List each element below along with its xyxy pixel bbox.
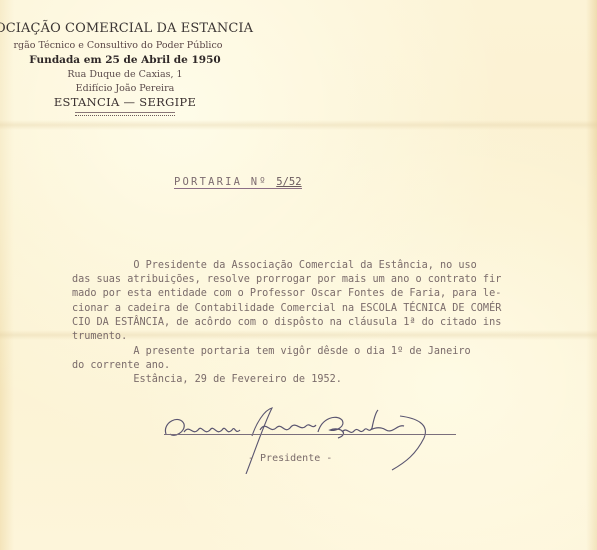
organization-name: SOCIAÇÃO COMERCIAL DA ESTANCIA bbox=[0, 22, 250, 35]
text-line: CIO DA ESTÂNCIA, de acôrdo com o dispôst… bbox=[72, 316, 501, 330]
portaria-number: 5/52 bbox=[276, 176, 301, 188]
letterhead: SOCIAÇÃO COMERCIAL DA ESTANCIA rgão Técn… bbox=[0, 22, 250, 116]
letterhead-divider bbox=[75, 112, 175, 116]
text-line: mado por esta entidade com o Professor O… bbox=[72, 287, 501, 301]
founding-date: Fundada em 25 de Abril de 1950 bbox=[0, 55, 250, 66]
document-title: PORTARIA Nº 5/52 bbox=[174, 176, 302, 189]
text-line: trumento. bbox=[72, 330, 127, 344]
text-line: A presente portaria tem vigôr dêsde o di… bbox=[72, 345, 471, 359]
text-line: O Presidente da Associação Comercial da … bbox=[72, 259, 477, 273]
street-address: Rua Duque de Caxias, 1 bbox=[0, 70, 250, 80]
title-label: PORTARIA Nº bbox=[174, 176, 268, 188]
place-date: Estância, 29 de Fevereiro de 1952. bbox=[72, 373, 342, 387]
text-line: cionar a cadeira de Contabilidade Comerc… bbox=[72, 302, 501, 316]
building-name: Edifício João Pereira bbox=[0, 84, 250, 94]
text-line: do corrente ano. bbox=[72, 359, 170, 373]
signature-line bbox=[164, 434, 456, 435]
text-line: das suas atribuições, resolve prorrogar … bbox=[72, 273, 501, 287]
organization-subtitle: rgão Técnico e Consultivo do Poder Públi… bbox=[0, 41, 250, 51]
signatory-title: - Presidente - bbox=[248, 453, 332, 464]
city-state: ESTANCIA — SERGIPE bbox=[0, 97, 250, 109]
paper-fold bbox=[0, 120, 597, 130]
